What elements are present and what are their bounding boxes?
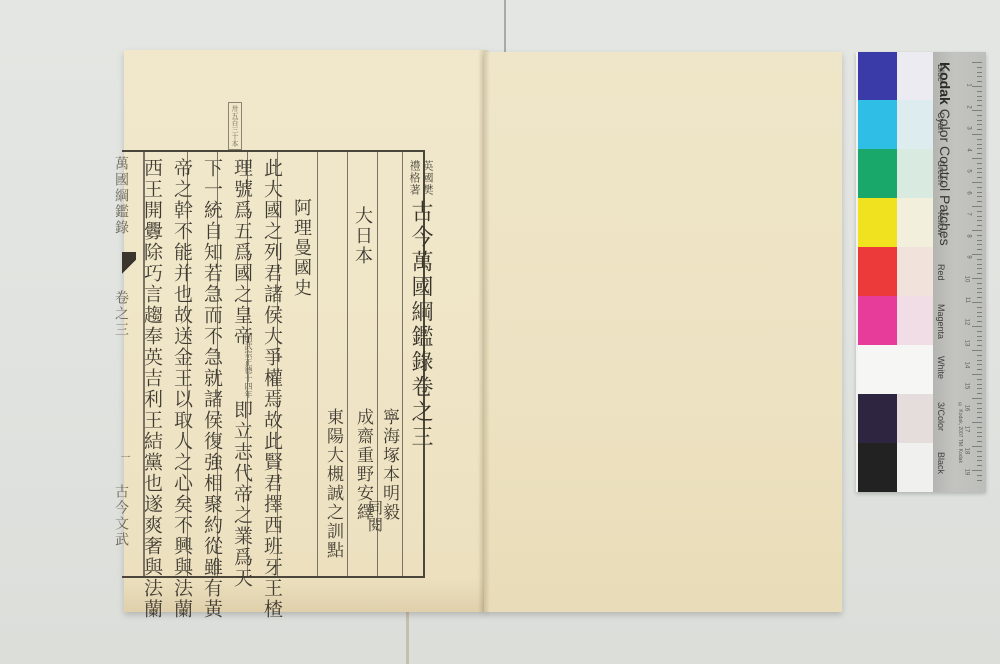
fish-tail-mark (122, 252, 136, 282)
label-white: White (936, 356, 946, 379)
ruler-number: 7 (965, 212, 971, 215)
patch-cyan (858, 100, 897, 149)
ruler-number: 12 (964, 318, 970, 325)
table-seam-top (504, 0, 506, 52)
ruler-number: 1 (965, 83, 971, 86)
ruler-number: 19 (964, 469, 970, 476)
patch-blue (858, 52, 897, 100)
title-prefix-left: 禮格著 (409, 160, 420, 196)
kodak-color-card: Kodak Color Control Patches 123456789101… (856, 52, 986, 492)
label-blue: Blue (936, 64, 946, 82)
ruler-number: 13 (964, 340, 970, 347)
title-prefix-right: 英國樊 (422, 160, 433, 196)
patch-3color (858, 394, 897, 443)
ruler-number: 8 (965, 234, 971, 237)
body-column-1: 此大國之列君諸侯大爭權焉故此賢君擇西班牙王楂 (262, 158, 281, 620)
ruler-number: 18 (964, 447, 970, 454)
fore-edge-page: 一 (118, 452, 128, 464)
patch-black (858, 443, 897, 492)
patch-magenta (858, 296, 897, 345)
fore-edge-volume: 卷之三 (114, 290, 128, 338)
bookmark-string (406, 612, 409, 664)
ruler-number: 11 (964, 297, 970, 303)
label-magenta: Magenta (936, 304, 946, 339)
label-3color: 3/Color (936, 402, 946, 431)
label-cyan: Cyan (936, 112, 946, 133)
label-red: Red (936, 264, 946, 281)
body-column-2-note: 明武宗正德十四年 (244, 334, 252, 398)
right-page (484, 52, 842, 612)
credit-3: 東陽大槻誠之訓點 (324, 408, 341, 560)
book-title: 古今萬國綱鑑錄卷之三 (409, 200, 431, 450)
ruler-number: 3 (965, 126, 971, 129)
kodak-copyright: © Kodak, 2007 TM: Kodak (957, 402, 963, 463)
country-heading: 大日本 (353, 206, 371, 266)
patch-red (858, 247, 897, 296)
ruler-number: 9 (965, 255, 971, 258)
ruler-number: 17 (964, 426, 970, 433)
body-column-4: 帝之幹不能并也故送金王以取人之心矣不興與法蘭 (172, 158, 191, 620)
ruler-number: 2 (965, 105, 971, 108)
body-column-5: 西王開釁除巧言趨奉英吉利王結黨也遂爽奢與法蘭 (142, 158, 161, 620)
ruler-number: 15 (964, 383, 970, 390)
running-tab: 卅五百三十本 (228, 102, 242, 150)
fore-edge-bottom: 古今文武 (114, 484, 128, 548)
body-column-2b: 即立志代帝之業爲天 (232, 400, 251, 589)
ruler-number: 14 (964, 361, 970, 368)
label-yellow: Yellow (936, 210, 946, 236)
patch-yellow (858, 198, 897, 247)
label-black: Black (936, 452, 946, 474)
section-heading: 阿理曼國史 (292, 198, 310, 298)
label-green: Green (936, 160, 946, 185)
credit-2: 成齋重野安繹 (354, 408, 371, 522)
book-spine (478, 50, 490, 612)
ruler-number: 6 (965, 191, 971, 194)
ruler-number: 16 (964, 404, 970, 411)
patch-green (858, 149, 897, 198)
body-column-2a: 理號爲五爲國之皇帝 (232, 158, 251, 347)
fore-edge-title: 萬國綱鑑錄 (114, 156, 128, 236)
ruler-number: 4 (965, 148, 971, 151)
body-column-3: 下一統自知若急而不急就諸侯復強相聚約從雖有黃 (202, 158, 221, 620)
ruler-number: 5 (965, 169, 971, 172)
patch-white (858, 345, 933, 394)
scan-scene: 卅五百三十本 萬國綱鑑錄 卷之三 一 古今文武 英國樊 禮格著 古今萬國綱鑑錄卷… (0, 0, 1000, 664)
ruler-number: 10 (964, 275, 970, 282)
